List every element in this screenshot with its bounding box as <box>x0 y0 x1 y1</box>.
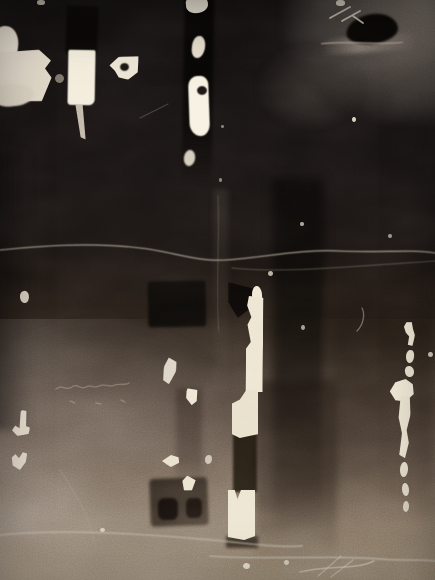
photograph <box>0 0 435 580</box>
photo-background <box>0 0 435 580</box>
